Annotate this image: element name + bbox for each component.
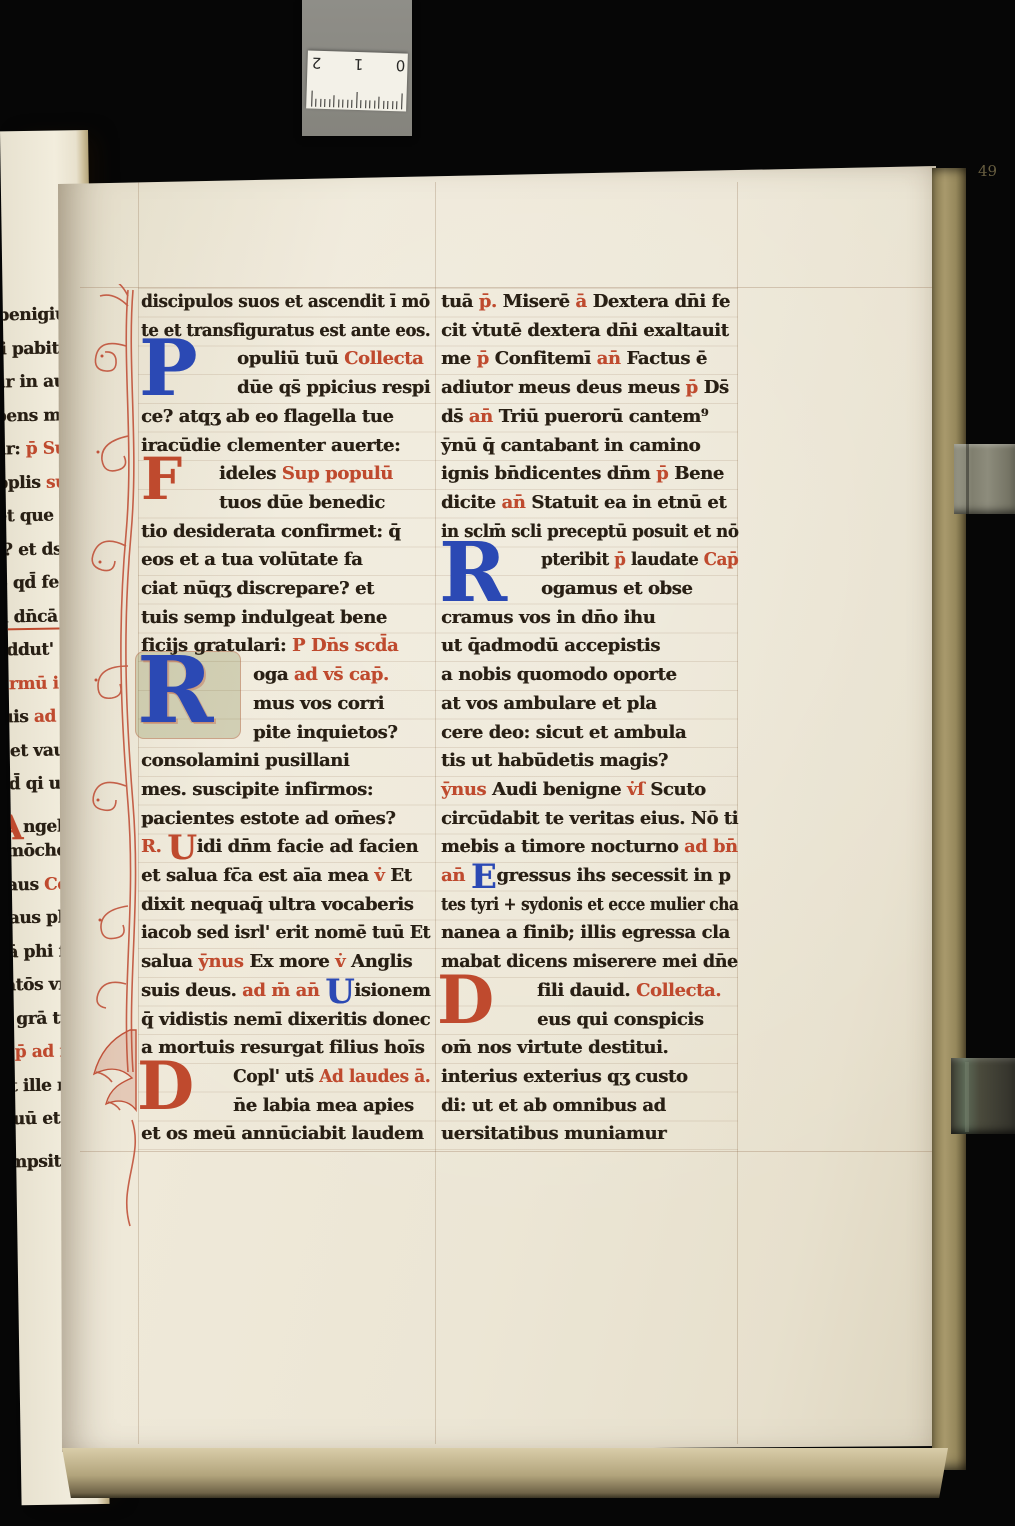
ruler-scale: 012 bbox=[306, 50, 408, 111]
ruler-tick bbox=[315, 99, 317, 107]
text-segment: Audi benigne bbox=[492, 779, 627, 800]
manuscript-line: mus vos corri bbox=[141, 690, 430, 719]
column-right: RDtuā p̄. Miserē ā Dextera dn̄i fecit v̇… bbox=[441, 288, 738, 1154]
manuscript-line: a mortuis resurgat filius hoīs bbox=[141, 1034, 430, 1063]
text-segment: mus vos corri bbox=[253, 693, 384, 714]
text-segment: mabat dicens miserere mei dn̄e bbox=[441, 951, 738, 972]
text-segment: in sclm̄ scli preceptū posuit et nō bbox=[441, 521, 738, 542]
manuscript-line: in sclm̄ scli preceptū posuit et nō bbox=[441, 518, 738, 547]
line-text: cit v̇tutē dextera dn̄i exaltauit bbox=[441, 317, 729, 346]
text-segment: pite inquietos? bbox=[253, 722, 397, 743]
line-text: cramus vos in dn̄o ihu bbox=[441, 604, 655, 633]
text-segment: ficijs gratulari: bbox=[141, 635, 292, 656]
manuscript-line: dūe qs̄ ppicius respi bbox=[141, 374, 430, 403]
text-segment: ȳnū q̄ cantabant in camino bbox=[441, 435, 700, 456]
ruler-tick bbox=[342, 100, 344, 108]
manuscript-line: tio desiderata confirmet: q̄ bbox=[141, 518, 430, 547]
ruler-tick bbox=[333, 95, 335, 107]
text-segment: isionem bbox=[354, 980, 430, 1001]
line-text: pteribit p̄ laudate Cap̄ bbox=[541, 546, 738, 575]
line-text: ficijs gratulari: P Dn̄s scd̄a bbox=[141, 632, 398, 661]
text-segment: ogamus et obse bbox=[541, 578, 692, 599]
line-text: R. Uidi dn̄m facie ad facien bbox=[141, 833, 418, 863]
line-text: ce? atqʒ ab eo flagella tue bbox=[141, 403, 393, 432]
ruler-number: 1 bbox=[351, 55, 366, 73]
line-text: a mortuis resurgat filius hoīs bbox=[141, 1034, 424, 1063]
manuscript-line: interius exterius qʒ custo bbox=[441, 1063, 738, 1092]
text-segment: mebis a timore nocturno bbox=[441, 836, 684, 857]
line-text: uersitatibus muniamur bbox=[441, 1120, 666, 1149]
line-text: discipulos suos et ascendit ī mō bbox=[141, 288, 430, 317]
text-segment: Collecta. bbox=[636, 980, 721, 1001]
text-segment: q̄ vidistis nemī dixeritis donec bbox=[141, 1009, 430, 1030]
line-text: tes tyri + sydonis et ecce mulier cha bbox=[441, 891, 738, 920]
line-text: circūdabit te veritas eius. Nō ti bbox=[441, 805, 738, 834]
text-segment: ideles bbox=[219, 463, 282, 484]
line-text: ut q̄admodū accepistis bbox=[441, 632, 660, 661]
manuscript-line: cramus vos in dn̄o ihu bbox=[441, 604, 738, 633]
manuscript-line: mes. suscipite infirmos: bbox=[141, 776, 430, 805]
line-text: dicite an̄ Statuit ea in etnū et bbox=[441, 489, 726, 518]
line-text: tuā p̄. Miserē ā Dextera dn̄i fe bbox=[441, 288, 730, 317]
manuscript-line: at vos ambulare et pla bbox=[441, 690, 738, 719]
line-text: et salua fc̄a est aīa mea v̇ Et bbox=[141, 862, 412, 891]
text-segment: an̄ bbox=[469, 406, 499, 427]
text-segment: Bene bbox=[674, 463, 724, 484]
line-text: ds̄ an̄ Triū puerorū cantem⁹ bbox=[441, 403, 708, 432]
text-segment: Confitemī bbox=[495, 348, 597, 369]
text-segment: dixit nequaq̄ ultra vocaberis bbox=[141, 894, 413, 915]
text-segment: ȳnus bbox=[198, 951, 249, 972]
text-segment: P Dn̄s scd̄a bbox=[292, 635, 398, 656]
text-segment: dicite bbox=[441, 492, 501, 513]
text-segment: te et transfiguratus est ante eos. bbox=[141, 320, 430, 341]
manuscript-line: salua ȳnus Ex more v̇ Anglis bbox=[141, 948, 430, 977]
manuscript-line: adiutor meus deus meus p̄ Ds̄ bbox=[441, 374, 738, 403]
line-text: me p̄ Confitemī an̄ Factus ē bbox=[441, 345, 707, 374]
text-segment: an̄ bbox=[597, 348, 627, 369]
text-segment: Anglis bbox=[351, 951, 412, 972]
line-text: opuliū tuū Collecta bbox=[237, 345, 423, 374]
manuscript-line: Copl' uts̄ Ad laudes ā. bbox=[141, 1063, 430, 1092]
text-segment: ȳnus bbox=[441, 779, 492, 800]
line-text: consolamini pusillani bbox=[141, 747, 349, 776]
ruler-tick bbox=[324, 99, 326, 107]
manuscript-line: dixit nequaq̄ ultra vocaberis bbox=[141, 891, 430, 920]
manuscript-line: mabat dicens miserere mei dn̄e bbox=[441, 948, 738, 977]
text-segment: p̄ bbox=[614, 549, 631, 570]
line-text: ȳnus Audi benigne v̇ſ Scuto bbox=[441, 776, 706, 805]
text-segment: ds̄ bbox=[441, 406, 469, 427]
ruler-tick bbox=[374, 101, 376, 109]
text-segment: mes. suscipite infirmos: bbox=[141, 779, 373, 800]
line-text: ideles Sup populū bbox=[219, 460, 393, 489]
manuscript-line: suis deus. ad m̄ an̄ Uisionem bbox=[141, 977, 430, 1006]
line-text: iracūdie clementer auerte: bbox=[141, 432, 400, 461]
text-segment: cere deo: sicut et ambula bbox=[441, 722, 686, 743]
line-text: tio desiderata confirmet: q̄ bbox=[141, 518, 401, 547]
ruler-tick bbox=[360, 100, 362, 108]
manuscript-line: q̄ vidistis nemī dixeritis donec bbox=[141, 1006, 430, 1035]
text-segment: Ad laudes ā. bbox=[319, 1066, 430, 1087]
page-bottom-edges bbox=[62, 1448, 948, 1498]
ruler-tick bbox=[311, 91, 313, 107]
line-text: pite inquietos? bbox=[253, 719, 397, 748]
ruler-tick bbox=[347, 100, 349, 108]
line-text: om̄ nos virtute destitui. bbox=[441, 1034, 668, 1063]
manuscript-line: di: ut et ab omnibus ad bbox=[441, 1092, 738, 1121]
line-text: ogamus et obse bbox=[541, 575, 692, 604]
line-text: interius exterius qʒ custo bbox=[441, 1063, 687, 1092]
ruler-tick bbox=[329, 99, 331, 107]
text-segment: idi dn̄m facie ad facien bbox=[197, 836, 419, 857]
line-text: ignis bn̄dicentes dn̄m p̄ Bene bbox=[441, 460, 724, 489]
text-segment: at vos ambulare et pla bbox=[441, 693, 657, 714]
text-segment: cit v̇tutē dextera dn̄i exaltauit bbox=[441, 320, 729, 341]
line-text: dixit nequaq̄ ultra vocaberis bbox=[141, 891, 413, 920]
manuscript-line: iracūdie clementer auerte: bbox=[141, 432, 430, 461]
text-segment: Ds̄ bbox=[704, 377, 729, 398]
text-segment: circūdabit te veritas eius. Nō ti bbox=[441, 808, 738, 829]
manuscript-line: ut q̄admodū accepistis bbox=[441, 632, 738, 661]
text-segment: Miserē bbox=[503, 291, 576, 312]
manuscript-line: tuis semp indulgeat bene bbox=[141, 604, 430, 633]
manuscript-line: cere deo: sicut et ambula bbox=[441, 719, 738, 748]
manuscript-line: ds̄ an̄ Triū puerorū cantem⁹ bbox=[441, 403, 738, 432]
line-text: eos et a tua volūtate fa bbox=[141, 546, 362, 575]
line-text: dūe qs̄ ppicius respi bbox=[237, 374, 430, 403]
binding-clasp-top bbox=[954, 444, 1015, 514]
text-segment: Collecta bbox=[344, 348, 423, 369]
line-text: tis ut habūdetis magis? bbox=[441, 747, 668, 776]
text-segment: v̇ſ bbox=[627, 779, 650, 800]
line-text: tuos dūe benedic bbox=[219, 489, 385, 518]
text-segment: ad vs̄ cap̄. bbox=[294, 664, 389, 685]
manuscript-line: ignis bn̄dicentes dn̄m p̄ Bene bbox=[441, 460, 738, 489]
text-segment: a nobis quomodo oporte bbox=[441, 664, 676, 685]
text-segment: tio desiderata confirmet: q̄ bbox=[141, 521, 401, 542]
text-segment: eus qui conspicis bbox=[537, 1009, 703, 1030]
line-text: iacob sed isrl' erit nomē tuū Et bbox=[141, 919, 430, 948]
text-segment: consolamini pusillani bbox=[141, 750, 349, 771]
line-text: ȳnū q̄ cantabant in camino bbox=[441, 432, 700, 461]
ruler-tick bbox=[338, 99, 340, 107]
manuscript-line: et salua fc̄a est aīa mea v̇ Et bbox=[141, 862, 430, 891]
text-segment: cramus vos in dn̄o ihu bbox=[441, 607, 655, 628]
text-segment: ignis bn̄dicentes dn̄m bbox=[441, 463, 656, 484]
line-text: eus qui conspicis bbox=[537, 1006, 703, 1035]
line-text: n̄e labia mea apies bbox=[233, 1092, 414, 1121]
line-text: fili dauid. Collecta. bbox=[537, 977, 721, 1006]
manuscript-line: me p̄ Confitemī an̄ Factus ē bbox=[441, 345, 738, 374]
text-segment: Factus ē bbox=[626, 348, 706, 369]
text-segment: p̄ bbox=[686, 377, 704, 398]
manuscript-line: ideles Sup populū bbox=[141, 460, 430, 489]
manuscript-line: discipulos suos et ascendit ī mō bbox=[141, 288, 430, 317]
text-segment: oga bbox=[253, 664, 294, 685]
manuscript-line: ficijs gratulari: P Dn̄s scd̄a bbox=[141, 632, 430, 661]
manuscript-line: nanea a finib; illis egressa cla bbox=[441, 919, 738, 948]
text-segment: tuis semp indulgeat bene bbox=[141, 607, 387, 628]
text-segment: tuā bbox=[441, 291, 479, 312]
text-segment: me bbox=[441, 348, 477, 369]
text-segment: p̄ bbox=[656, 463, 674, 484]
text-segment: eos et a tua volūtate fa bbox=[141, 549, 362, 570]
ruler-tick bbox=[387, 101, 389, 109]
manuscript-line: iacob sed isrl' erit nomē tuū Et bbox=[141, 919, 430, 948]
text-segment: pacientes estote ad om̄es? bbox=[141, 808, 395, 829]
manuscript-line: R. Uidi dn̄m facie ad facien bbox=[141, 833, 430, 862]
ruler-tick bbox=[351, 100, 353, 108]
ruler-tick bbox=[365, 100, 367, 108]
line-text: salua ȳnus Ex more v̇ Anglis bbox=[141, 948, 412, 977]
line-text: te et transfiguratus est ante eos. bbox=[141, 317, 430, 346]
ruler-tick bbox=[396, 101, 398, 109]
text-segment: ce? atqʒ ab eo flagella tue bbox=[141, 406, 393, 427]
manuscript-line: tuos dūe benedic bbox=[141, 489, 430, 518]
manuscript-line: ȳnus Audi benigne v̇ſ Scuto bbox=[441, 776, 738, 805]
line-text: a nobis quomodo oporte bbox=[441, 661, 676, 690]
text-segment: ā bbox=[575, 291, 592, 312]
ruler-tick bbox=[320, 99, 322, 107]
text-segment: v̇ bbox=[335, 951, 351, 972]
manuscript-line: et os meū annūciabit laudem bbox=[141, 1120, 430, 1149]
text-segment: et os meū annūciabit laudem bbox=[141, 1123, 424, 1144]
text-segment: adiutor meus deus meus bbox=[441, 377, 686, 398]
manuscript-line: consolamini pusillani bbox=[141, 747, 430, 776]
line-text: mes. suscipite infirmos: bbox=[141, 776, 373, 805]
manuscript-line: pteribit p̄ laudate Cap̄ bbox=[441, 546, 738, 575]
text-segment: suis deus. bbox=[141, 980, 242, 1001]
text-segment: s dn̄e pplis bbox=[0, 472, 46, 494]
ruler-tick bbox=[378, 97, 380, 109]
book-fore-edge bbox=[932, 168, 966, 1470]
text-segment: Dextera dn̄i fe bbox=[593, 291, 730, 312]
text-segment: v̇ bbox=[374, 865, 390, 886]
manuscript-line: te et transfiguratus est ante eos. bbox=[141, 317, 430, 346]
ruler-tick bbox=[369, 100, 371, 108]
text-segment: ad bn̄ bbox=[684, 836, 737, 857]
text-segment: laudate bbox=[631, 549, 704, 570]
ruler-number: 0 bbox=[393, 56, 408, 74]
text-segment: Sup populū bbox=[282, 463, 393, 484]
manuscript-line: om̄ nos virtute destitui. bbox=[441, 1034, 738, 1063]
text-segment: ut q̄admodū accepistis bbox=[441, 635, 660, 656]
ruler-scale-inner: 012 bbox=[306, 50, 408, 111]
line-text: adiutor meus deus meus p̄ Ds̄ bbox=[441, 374, 729, 403]
text-segment: iacob sed isrl' erit nomē tuū Et bbox=[141, 922, 430, 943]
text-segment: R. bbox=[141, 836, 167, 857]
text-segment: ciat nūqʒ discrepare? et bbox=[141, 578, 374, 599]
text-segment: tuos dūe benedic bbox=[219, 492, 385, 513]
line-text: di: ut et ab omnibus ad bbox=[441, 1092, 666, 1121]
manuscript-line: fili dauid. Collecta. bbox=[441, 977, 738, 1006]
text-segment: ad m̄ an̄ bbox=[242, 980, 325, 1001]
manuscript-line: tes tyri + sydonis et ecce mulier cha bbox=[441, 891, 738, 920]
manuscript-line: n̄e labia mea apies bbox=[141, 1092, 430, 1121]
text-segment: salua bbox=[141, 951, 198, 972]
text-segment: uersitatibus muniamur bbox=[441, 1123, 666, 1144]
text-segment: om̄ nos virtute destitui. bbox=[441, 1037, 668, 1058]
manuscript-line: eos et a tua volūtate fa bbox=[141, 546, 430, 575]
manuscript-line: circūdabit te veritas eius. Nō ti bbox=[441, 805, 738, 834]
manuscript-line: tuā p̄. Miserē ā Dextera dn̄i fe bbox=[441, 288, 738, 317]
text-segment: an̄ bbox=[441, 865, 471, 886]
line-text: nanea a finib; illis egressa cla bbox=[441, 919, 730, 948]
text-segment: fili dauid. bbox=[537, 980, 636, 1001]
manuscript-line: cit v̇tutē dextera dn̄i exaltauit bbox=[441, 317, 738, 346]
manuscript-line: uersitatibus muniamur bbox=[441, 1120, 738, 1149]
text-segment: Cap̄ bbox=[704, 549, 739, 570]
text-segment: Triū puerorū cantem⁹ bbox=[499, 406, 709, 427]
text-segment: gressus ihs secessit in p bbox=[496, 865, 730, 886]
line-text: Copl' uts̄ Ad laudes ā. bbox=[233, 1063, 430, 1092]
manuscript-line: ogamus et obse bbox=[441, 575, 738, 604]
manuscript-line: pite inquietos? bbox=[141, 719, 430, 748]
manuscript-line: eus qui conspicis bbox=[441, 1006, 738, 1035]
line-text: q̄ vidistis nemī dixeritis donec bbox=[141, 1006, 430, 1035]
text-segment: discipulos suos et ascendit ī mō bbox=[141, 291, 430, 312]
manuscript-line: ȳnū q̄ cantabant in camino bbox=[441, 432, 738, 461]
text-segment: Copl' uts̄ bbox=[233, 1066, 319, 1087]
text-segment: opuliū tuū bbox=[237, 348, 344, 369]
manuscript-page: PFRDdiscipulos suos et ascendit ī mōte e… bbox=[58, 166, 936, 1452]
manuscript-line: dicite an̄ Statuit ea in etnū et bbox=[441, 489, 738, 518]
ruler-number: 2 bbox=[309, 54, 324, 72]
line-text: ciat nūqʒ discrepare? et bbox=[141, 575, 374, 604]
text-segment: Ex more bbox=[249, 951, 335, 972]
text-segment: tis ut habūdetis magis? bbox=[441, 750, 668, 771]
line-text: mus vos corri bbox=[253, 690, 384, 719]
text-segment: p̄ bbox=[477, 348, 495, 369]
ruler-tick bbox=[401, 93, 403, 109]
text-segment: pteribit bbox=[541, 549, 614, 570]
folio-number: 49 bbox=[978, 162, 997, 180]
text-segment: interius exterius qʒ custo bbox=[441, 1066, 687, 1087]
text-segment: p̄. bbox=[479, 291, 503, 312]
text-segment: et salua fc̄a est aīa mea bbox=[141, 865, 374, 886]
vertical-rule bbox=[435, 182, 436, 1444]
text-segment: dūe qs̄ ppicius respi bbox=[237, 377, 430, 398]
text-segment: Et bbox=[390, 865, 411, 886]
line-text: mabat dicens miserere mei dn̄e bbox=[441, 948, 738, 977]
manuscript-line: ciat nūqʒ discrepare? et bbox=[141, 575, 430, 604]
ruler-tick bbox=[383, 101, 385, 109]
text-segment: an̄ bbox=[501, 492, 531, 513]
ruler-tick bbox=[356, 92, 358, 108]
manuscript-line: oga ad vs̄ cap̄. bbox=[141, 661, 430, 690]
column-left: PFRDdiscipulos suos et ascendit ī mōte e… bbox=[141, 288, 430, 1154]
text-segment: Scuto bbox=[650, 779, 705, 800]
text-segment: a mortuis resurgat filius hoīs bbox=[141, 1037, 424, 1058]
line-text: tuis semp indulgeat bene bbox=[141, 604, 387, 633]
text-segment: n̄e labia mea apies bbox=[233, 1095, 414, 1116]
manuscript-line: ce? atqʒ ab eo flagella tue bbox=[141, 403, 430, 432]
line-text: at vos ambulare et pla bbox=[441, 690, 657, 719]
line-text: in sclm̄ scli preceptū posuit et nō bbox=[441, 518, 738, 547]
line-text: suis deus. ad m̄ an̄ Uisionem bbox=[141, 977, 430, 1007]
text-segment: nanea a finib; illis egressa cla bbox=[441, 922, 730, 943]
manuscript-line: a nobis quomodo oporte bbox=[441, 661, 738, 690]
line-text: an̄ Egressus ihs secessit in p bbox=[441, 862, 730, 892]
manuscript-line: tis ut habūdetis magis? bbox=[441, 747, 738, 776]
text-segment: iracūdie clementer auerte: bbox=[141, 435, 400, 456]
gray-reference-card: 012 bbox=[302, 0, 412, 136]
line-text: et os meū annūciabit laudem bbox=[141, 1120, 424, 1149]
text-segment: di: ut et ab omnibus ad bbox=[441, 1095, 666, 1116]
line-text: cere deo: sicut et ambula bbox=[441, 719, 686, 748]
binding-clasp-bottom bbox=[951, 1058, 1015, 1134]
text-segment: tes tyri + sydonis et ecce mulier cha bbox=[441, 894, 738, 915]
manuscript-line: opuliū tuū Collecta bbox=[141, 345, 430, 374]
line-text: oga ad vs̄ cap̄. bbox=[253, 661, 389, 690]
manuscript-line: an̄ Egressus ihs secessit in p bbox=[441, 862, 738, 891]
text-segment: Statuit ea in etnū et bbox=[531, 492, 726, 513]
ruler-tick bbox=[392, 101, 394, 109]
